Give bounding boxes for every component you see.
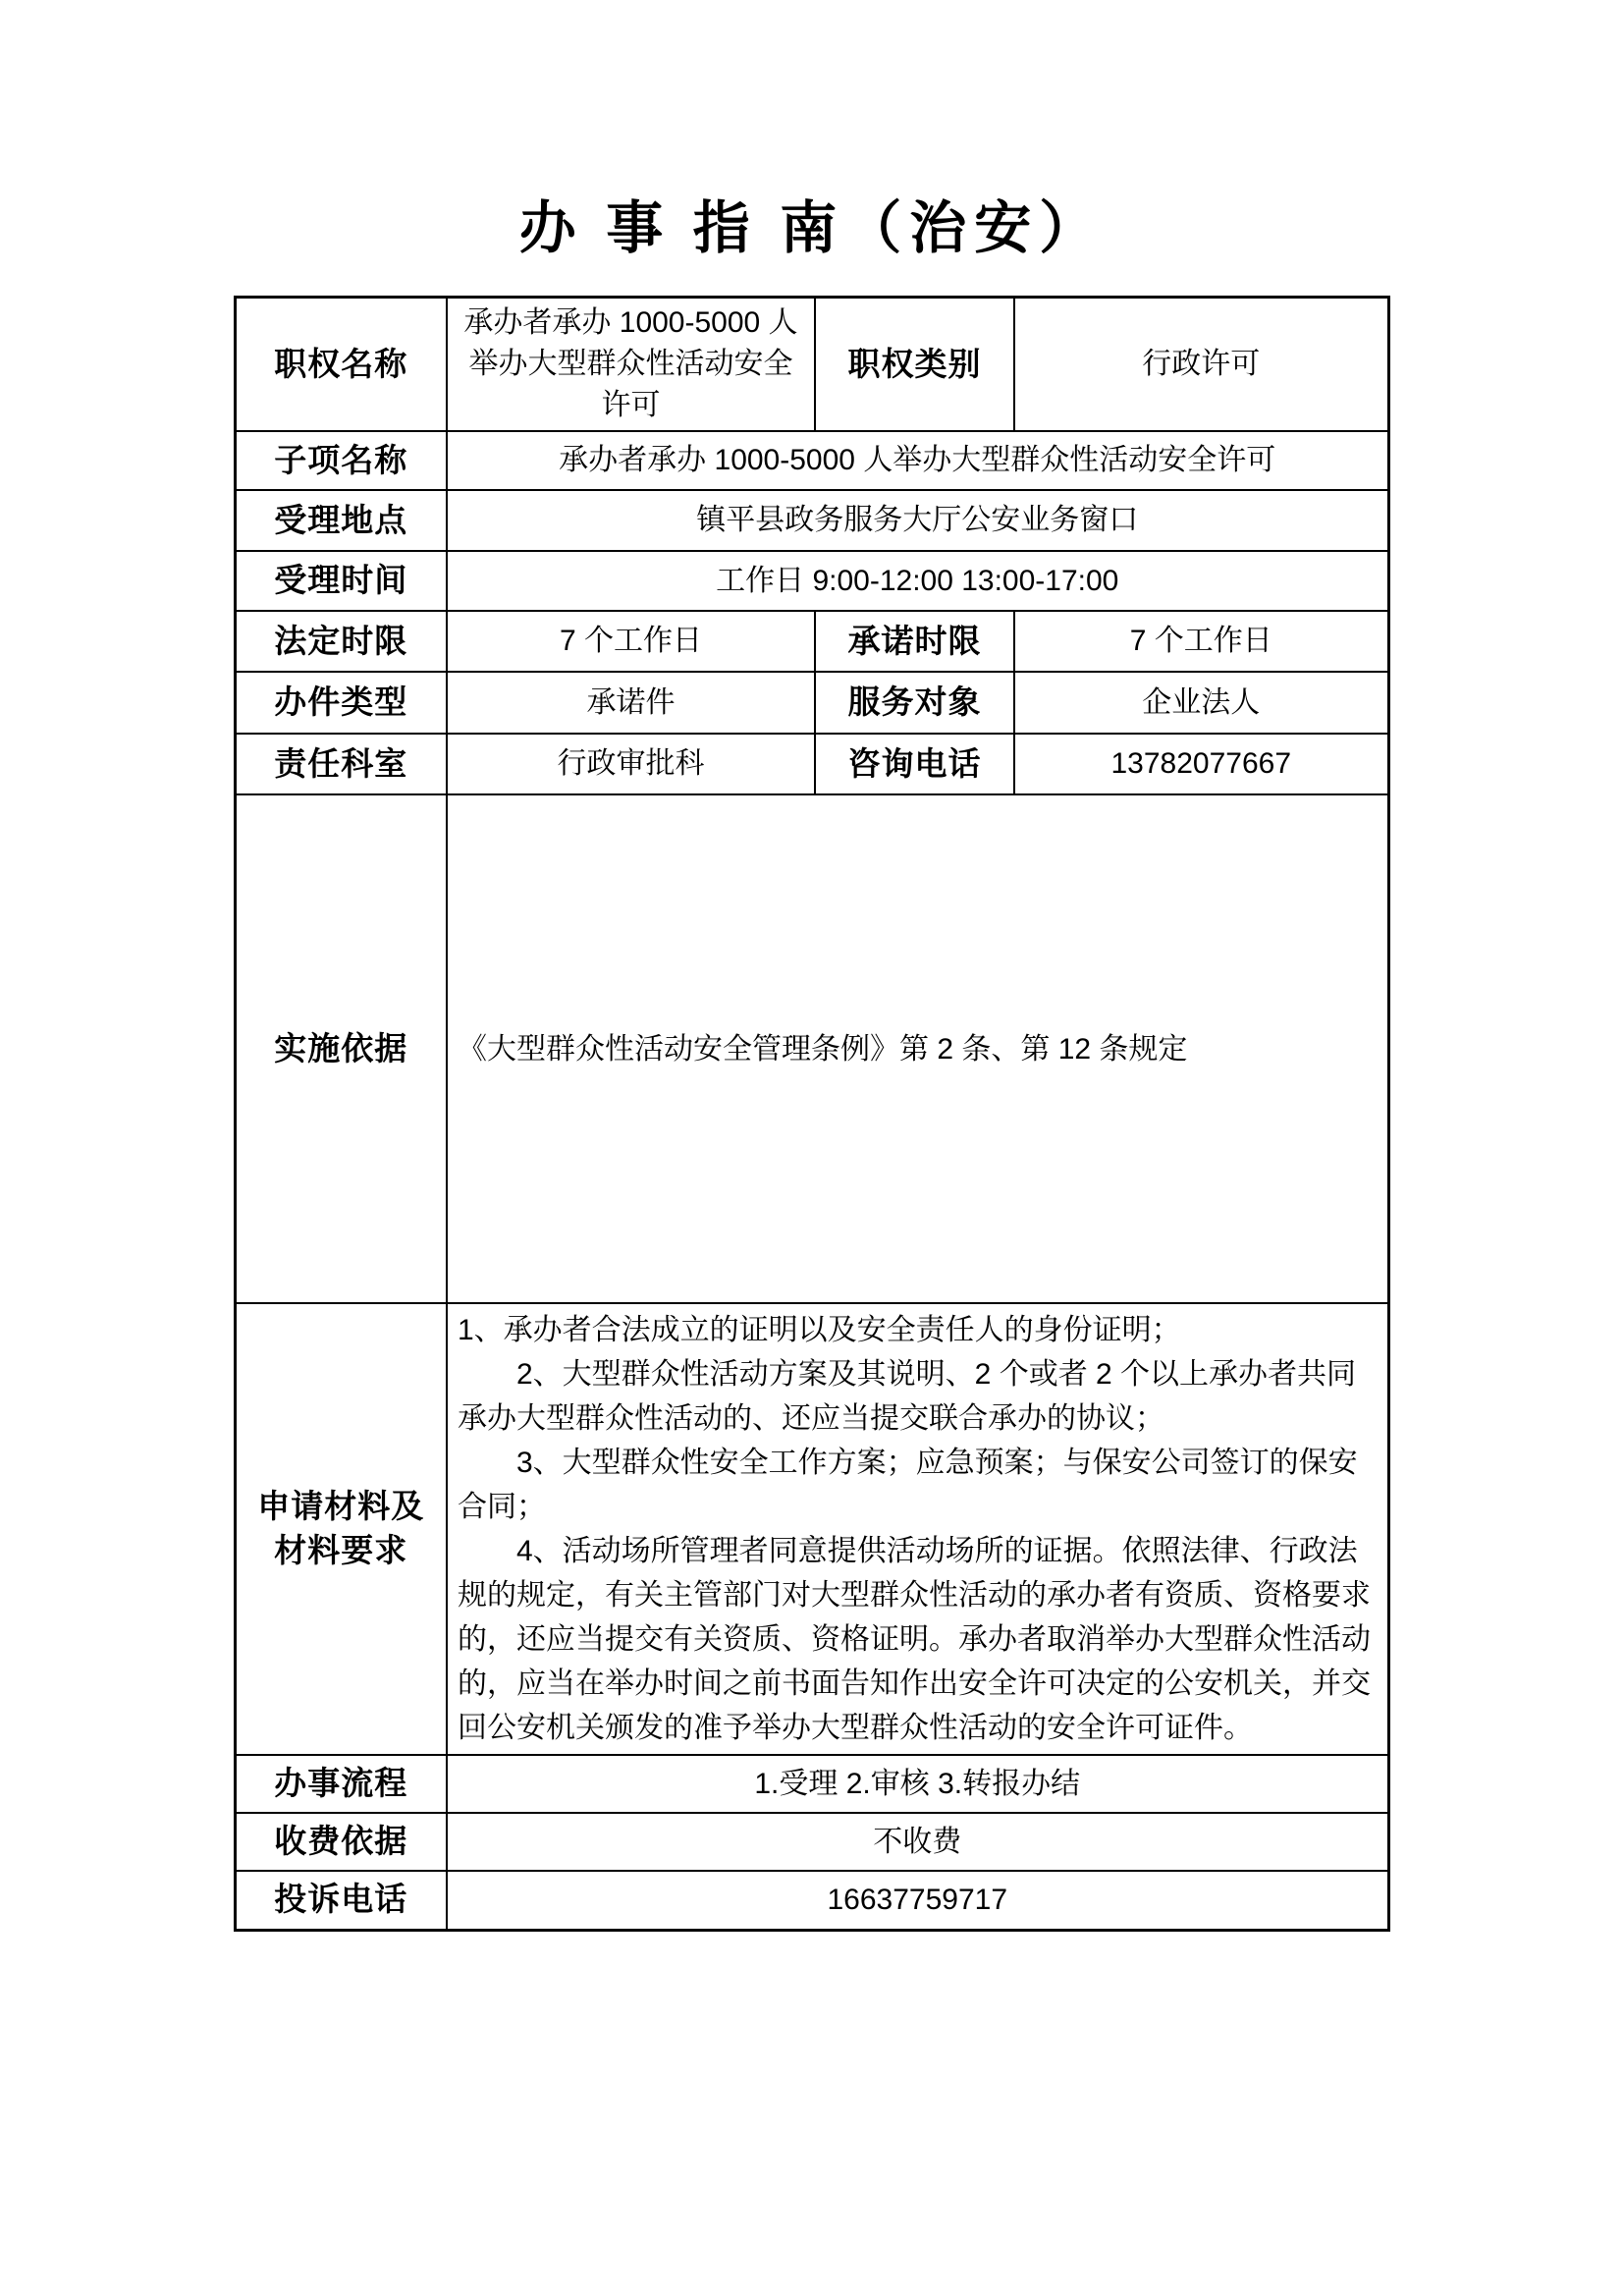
page-title: 办 事 指 南（治安）	[0, 0, 1623, 269]
table-row: 职权名称 承办者承办 1000-5000 人举办大型群众性活动安全许可 职权类别…	[235, 298, 1388, 432]
value-subitem-name: 承办者承办 1000-5000 人举办大型群众性活动安全许可	[447, 431, 1388, 490]
label-service-target: 服务对象	[815, 672, 1014, 734]
value-consult-phone: 13782077667	[1014, 734, 1388, 794]
value-legal-limit: 7 个工作日	[447, 611, 815, 672]
table-row: 收费依据 不收费	[235, 1813, 1388, 1871]
label-promise-limit: 承诺时限	[815, 611, 1014, 672]
value-power-type: 行政许可	[1014, 298, 1388, 432]
label-fee-basis: 收费依据	[235, 1813, 447, 1871]
value-fee-basis: 不收费	[447, 1813, 1388, 1871]
value-accept-time: 工作日 9:00-12:00 13:00-17:00	[447, 551, 1388, 611]
table-row: 法定时限 7 个工作日 承诺时限 7 个工作日	[235, 611, 1388, 672]
table-row: 办件类型 承诺件 服务对象 企业法人	[235, 672, 1388, 734]
material-item: 3、大型群众性安全工作方案；应急预案；与保安公司签订的保安合同；	[458, 1441, 1378, 1529]
material-item: 2、大型群众性活动方案及其说明、2 个或者 2 个以上承办者共同承办大型群众性活…	[458, 1352, 1378, 1441]
table-row: 投诉电话 16637759717	[235, 1871, 1388, 1930]
label-item-type: 办件类型	[235, 672, 447, 734]
label-subitem-name: 子项名称	[235, 431, 447, 490]
value-responsible-dept: 行政审批科	[447, 734, 815, 794]
label-accept-time: 受理时间	[235, 551, 447, 611]
table-row: 申请材料及 材料要求 1、承办者合法成立的证明以及安全责任人的身份证明； 2、大…	[235, 1303, 1388, 1755]
material-item: 1、承办者合法成立的证明以及安全责任人的身份证明；	[458, 1308, 1378, 1352]
service-guide-table: 职权名称 承办者承办 1000-5000 人举办大型群众性活动安全许可 职权类别…	[234, 296, 1390, 1932]
value-power-name: 承办者承办 1000-5000 人举办大型群众性活动安全许可	[447, 298, 815, 432]
value-item-type: 承诺件	[447, 672, 815, 734]
label-accept-location: 受理地点	[235, 490, 447, 551]
value-service-target: 企业法人	[1014, 672, 1388, 734]
value-application-materials: 1、承办者合法成立的证明以及安全责任人的身份证明； 2、大型群众性活动方案及其说…	[447, 1303, 1388, 1755]
label-power-name: 职权名称	[235, 298, 447, 432]
label-responsible-dept: 责任科室	[235, 734, 447, 794]
table-row: 子项名称 承办者承办 1000-5000 人举办大型群众性活动安全许可	[235, 431, 1388, 490]
label-power-type: 职权类别	[815, 298, 1014, 432]
value-implementation-basis: 《大型群众性活动安全管理条例》第 2 条、第 12 条规定	[447, 794, 1388, 1303]
table-row: 办事流程 1.受理 2.审核 3.转报办结	[235, 1755, 1388, 1813]
label-legal-limit: 法定时限	[235, 611, 447, 672]
label-complaint-phone: 投诉电话	[235, 1871, 447, 1930]
label-implementation-basis: 实施依据	[235, 794, 447, 1303]
material-item: 4、活动场所管理者同意提供活动场所的证据。依照法律、行政法规的规定，有关主管部门…	[458, 1529, 1378, 1750]
label-process: 办事流程	[235, 1755, 447, 1813]
value-process: 1.受理 2.审核 3.转报办结	[447, 1755, 1388, 1813]
table-row: 受理地点 镇平县政务服务大厅公安业务窗口	[235, 490, 1388, 551]
value-accept-location: 镇平县政务服务大厅公安业务窗口	[447, 490, 1388, 551]
table-row: 实施依据 《大型群众性活动安全管理条例》第 2 条、第 12 条规定	[235, 794, 1388, 1303]
value-promise-limit: 7 个工作日	[1014, 611, 1388, 672]
table-row: 受理时间 工作日 9:00-12:00 13:00-17:00	[235, 551, 1388, 611]
table-row: 责任科室 行政审批科 咨询电话 13782077667	[235, 734, 1388, 794]
document-page: 办 事 指 南（治安） 职权名称 承办者承办 1000-5000 人举办大型群众…	[0, 0, 1623, 2296]
label-application-materials: 申请材料及 材料要求	[235, 1303, 447, 1755]
label-consult-phone: 咨询电话	[815, 734, 1014, 794]
value-complaint-phone: 16637759717	[447, 1871, 1388, 1930]
